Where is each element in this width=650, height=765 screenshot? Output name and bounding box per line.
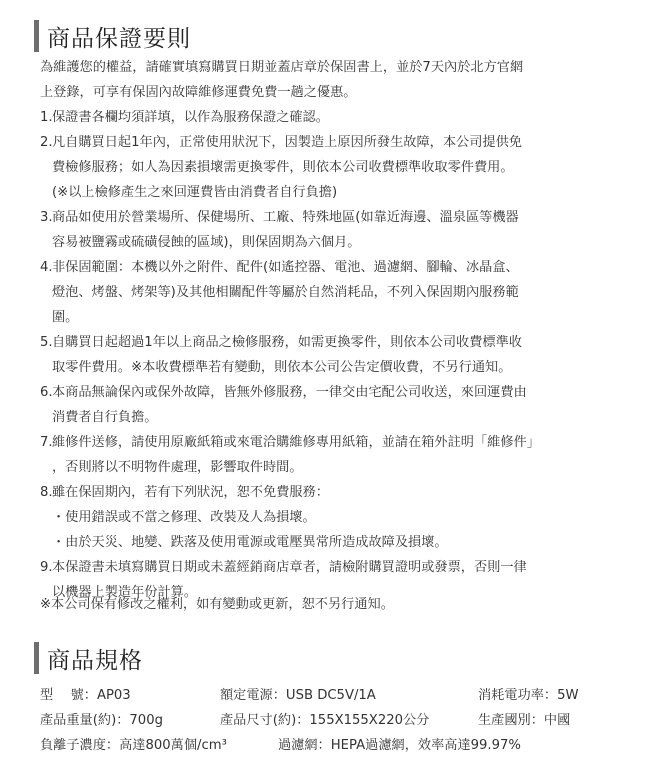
term-text-line: 雖在保固期內，若有下列狀況，恕不免費服務： bbox=[52, 480, 630, 505]
warranty-section-title: 商品保證要則 bbox=[34, 20, 191, 52]
term-text-line: 取零件費用。※本收費標準若有變動，則依本公司公告定價收費，不另行通知。 bbox=[52, 355, 630, 380]
spec-power-consumption: 消耗電功率：5W bbox=[478, 684, 579, 703]
term-text-line: 本保證書未填寫購買日期或未蓋經銷商店章者，請檢附購買證明或發票，否則一律 bbox=[52, 555, 630, 580]
term-text-line: 消費者自行負擔。 bbox=[52, 405, 630, 430]
term-text-line: 費檢修服務；如人為因素損壞需更換零件，則依本公司收費標準收取零件費用。 bbox=[52, 155, 630, 180]
term-text-line: ，否則將以不明物件處理，影響取件時間。 bbox=[52, 455, 630, 480]
term-text-line: 商品如使用於營業場所、保健場所、工廠、特殊地區(如靠近海邊、溫泉區等機器 bbox=[52, 205, 630, 230]
term-number: 8. bbox=[40, 480, 53, 505]
term-number: 9. bbox=[40, 555, 53, 580]
warranty-intro: 為維護您的權益，請確實填寫購買日期並蓋店章於保固書上，並於7天內於北方官網 上登… bbox=[40, 55, 620, 105]
warranty-title: 商品保證要則 bbox=[47, 20, 191, 53]
spec-model: 型 號：AP03 bbox=[40, 684, 131, 703]
intro-line: 上登錄，可享有保固內故障維修運費免費一趟之優惠。 bbox=[40, 80, 620, 105]
term-number: 3. bbox=[40, 205, 53, 230]
term-number: 6. bbox=[40, 380, 53, 405]
warranty-term-item: 1.保證書各欄均須詳填，以作為服務保證之確認。 bbox=[40, 105, 630, 130]
term-number: 7. bbox=[40, 430, 53, 455]
term-text-line: 本商品無論保內或保外故障，皆無外修服務，一律交由宅配公司收送，來回運費由 bbox=[52, 380, 630, 405]
term-text-line: 圍。 bbox=[52, 305, 630, 330]
term-text-line: 容易被鹽霧或硫磺侵蝕的區域)，則保固期為六個月。 bbox=[52, 230, 630, 255]
warranty-note: ※本公司保有修改之權利，如有變動或更新，恕不另行通知。 bbox=[40, 593, 394, 612]
intro-line: 為維護您的權益，請確實填寫購買日期並蓋店章於保固書上，並於7天內於北方官網 bbox=[40, 55, 620, 80]
term-text-line: 燈泡、烤盤、烤架等)及其他相關配件等屬於自然消耗品，不列入保固期內服務範 bbox=[52, 280, 630, 305]
term-text-line: 保證書各欄均須詳填，以作為服務保證之確認。 bbox=[52, 105, 630, 130]
term-text-line: 非保固範圍：本機以外之附件、配件(如遙控器、電池、過濾網、腳輪、冰晶盒、 bbox=[52, 255, 630, 280]
spec-power-input: 額定電源：USB DC5V/1A bbox=[220, 684, 376, 703]
warranty-term-item: 5.自購買日起超過1年以上商品之檢修服務，如需更換零件，則依本公司收費標準收取零… bbox=[40, 330, 630, 380]
spec-ion-density: 負離子濃度：高達800萬個/cm³ bbox=[40, 734, 227, 753]
warranty-terms-list: 1.保證書各欄均須詳填，以作為服務保證之確認。2.凡自購買日起1年內，正常使用狀… bbox=[40, 105, 630, 605]
term-text-line: 凡自購買日起1年內，正常使用狀況下，因製造上原因所發生故障，本公司提供免 bbox=[52, 130, 630, 155]
term-number: 5. bbox=[40, 330, 53, 355]
warranty-term-item: 7.維修件送修，請使用原廠紙箱或來電洽購維修專用紙箱，並請在箱外註明「維修件」，… bbox=[40, 430, 630, 480]
spec-weight: 產品重量(約)：700g bbox=[40, 709, 163, 728]
term-sub-bullet: ・由於天災、地變、跌落及使用電源或電壓異常所造成故障及損壞。 bbox=[52, 530, 630, 555]
specs-title: 商品規格 bbox=[47, 642, 143, 675]
warranty-term-item: 2.凡自購買日起1年內，正常使用狀況下，因製造上原因所發生故障，本公司提供免費檢… bbox=[40, 130, 630, 205]
spec-dimensions: 產品尺寸(約)：155X155X220公分 bbox=[220, 709, 429, 728]
term-text-line: (※以上檢修產生之來回運費皆由消費者自行負擔) bbox=[52, 180, 630, 205]
specs-section-title: 商品規格 bbox=[34, 642, 143, 674]
term-number: 2. bbox=[40, 130, 53, 155]
term-text-line: 維修件送修，請使用原廠紙箱或來電洽購維修專用紙箱，並請在箱外註明「維修件」 bbox=[52, 430, 630, 455]
spec-filter: 過濾網：HEPA過濾網，效率高達99.97% bbox=[278, 734, 521, 753]
warranty-term-item: 4.非保固範圍：本機以外之附件、配件(如遙控器、電池、過濾網、腳輪、冰晶盒、燈泡… bbox=[40, 255, 630, 330]
term-text-line: 自購買日起超過1年以上商品之檢修服務，如需更換零件，則依本公司收費標準收 bbox=[52, 330, 630, 355]
warranty-term-item: 8.雖在保固期內，若有下列狀況，恕不免費服務：・使用錯誤或不當之修理、改裝及人為… bbox=[40, 480, 630, 555]
term-sub-bullet: ・使用錯誤或不當之修理、改裝及人為損壞。 bbox=[52, 505, 630, 530]
spec-origin: 生產國別：中國 bbox=[478, 709, 570, 728]
warranty-term-item: 3.商品如使用於營業場所、保健場所、工廠、特殊地區(如靠近海邊、溫泉區等機器容易… bbox=[40, 205, 630, 255]
title-accent-bar bbox=[34, 20, 39, 52]
term-number: 4. bbox=[40, 255, 53, 280]
warranty-term-item: 6.本商品無論保內或保外故障，皆無外修服務，一律交由宅配公司收送，來回運費由消費… bbox=[40, 380, 630, 430]
term-number: 1. bbox=[40, 105, 53, 130]
title-accent-bar bbox=[34, 642, 39, 674]
